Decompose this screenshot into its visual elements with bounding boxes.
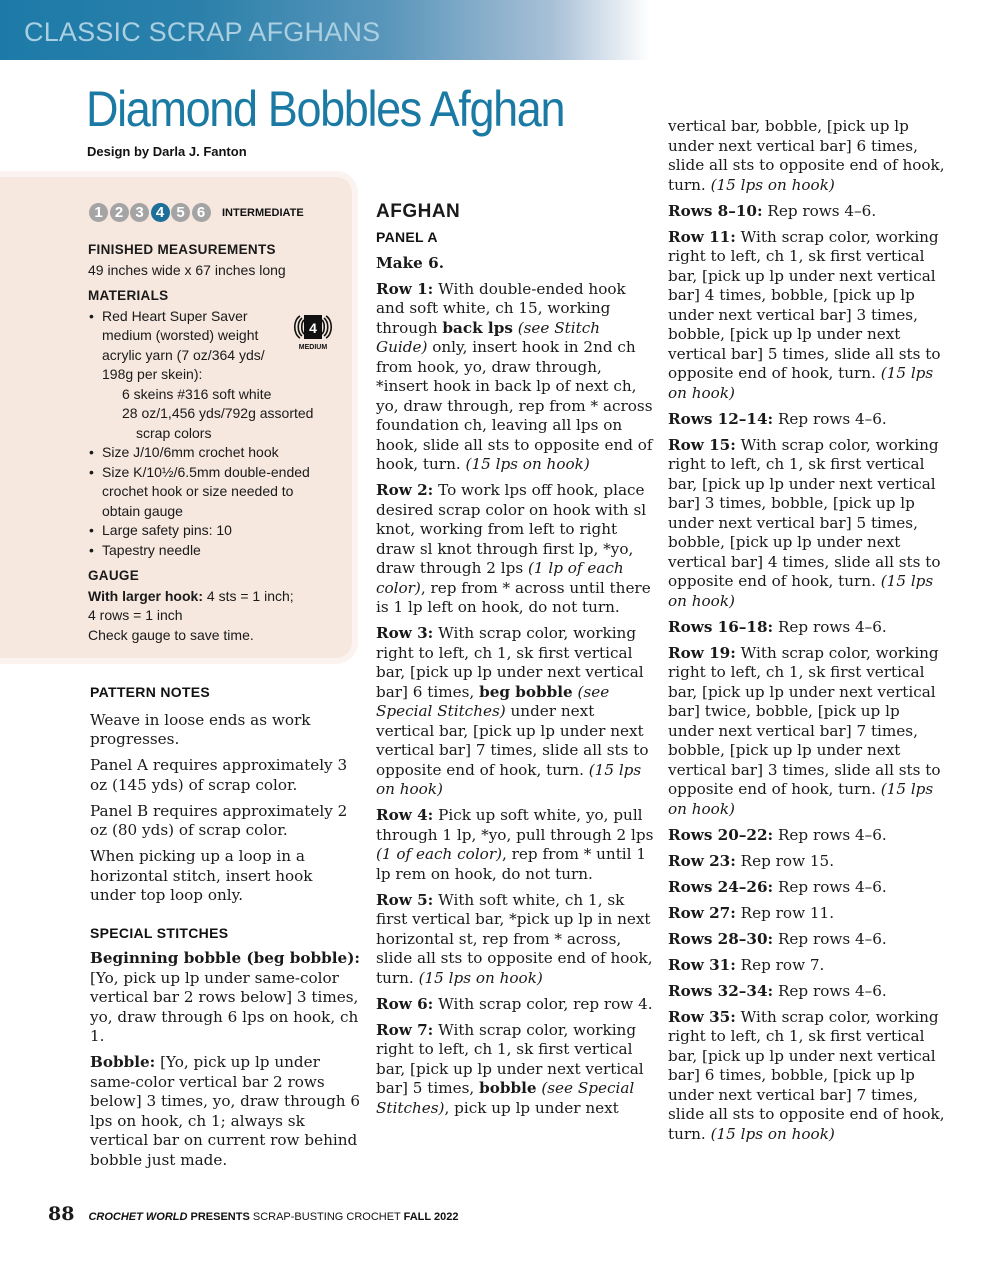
row-note: (15 lps on hook) <box>711 176 835 194</box>
yarn-sub-scrap: 28 oz/1,456 yds/792g assorted <box>88 404 338 424</box>
row-note: (15 lps on hook) <box>711 1125 835 1143</box>
row-label: Rows 12–14: <box>668 410 773 428</box>
row-instruction: Row 27: Rep row 11. <box>668 904 948 924</box>
afghan-heading: AFGHAN <box>376 202 656 222</box>
row-instruction: Row 7: With scrap color, working right t… <box>376 1021 656 1119</box>
row-label: Rows 16–18: <box>668 618 773 636</box>
row-instruction: Row 23: Rep row 15. <box>668 852 948 872</box>
skill-level-4-active: 4 <box>151 203 170 222</box>
skill-level-indicator: 1 2 3 4 5 6 INTERMEDIATE <box>89 203 304 222</box>
row-label: Row 5: <box>376 891 433 909</box>
row-bold: beg bobble <box>479 683 573 701</box>
section-banner-text: CLASSIC SCRAP AFGHANS <box>24 19 380 46</box>
yarn-line: acrylic yarn (7 oz/364 yds/ <box>102 347 265 363</box>
row-instruction: Row 3: With scrap color, working right t… <box>376 624 656 800</box>
issue-season: FALL 2022 <box>404 1211 459 1223</box>
row-instruction-continued: vertical bar, bobble, [pick up lp under … <box>668 117 948 195</box>
row-label: Rows 28–30: <box>668 930 773 948</box>
row-instruction: Row 4: Pick up soft white, yo, pull thro… <box>376 806 656 884</box>
row-text: With scrap color, working right to left,… <box>668 644 941 799</box>
row-text: Rep rows 4–6. <box>773 826 887 844</box>
row-instruction: Rows 8–10: Rep rows 4–6. <box>668 202 948 222</box>
designer-credit: Design by Darla J. Fanton <box>87 144 247 159</box>
row-label: Row 19: <box>668 644 736 662</box>
row-text: With scrap color, rep row 4. <box>433 995 652 1013</box>
page-title: Diamond Bobbles Afghan <box>86 84 564 134</box>
materials-item-hook: Size J/10/6mm crochet hook <box>88 443 338 463</box>
skill-level-3: 3 <box>130 203 149 222</box>
row-text: Rep rows 4–6. <box>773 930 887 948</box>
finished-measurements-text: 49 inches wide x 67 inches long <box>88 261 338 281</box>
column-3: vertical bar, bobble, [pick up lp under … <box>668 117 948 1151</box>
row-text: Rep rows 4–6. <box>763 202 877 220</box>
row-text: With scrap color, working right to left,… <box>668 1008 945 1143</box>
row-text: only, insert hook in 2nd ch from hook, y… <box>376 338 653 473</box>
row-instruction: Row 15: With scrap color, working right … <box>668 436 948 612</box>
row-text: With scrap color, working right to left,… <box>668 436 941 591</box>
row-bold: bobble <box>479 1079 536 1097</box>
row-instruction: Rows 32–34: Rep rows 4–6. <box>668 982 948 1002</box>
row-label: Row 31: <box>668 956 736 974</box>
publication-credit: CROCHET WORLD PRESENTS SCRAP-BUSTING CRO… <box>88 1211 458 1223</box>
row-instruction: Row 11: With scrap color, working right … <box>668 228 948 404</box>
row-instruction: Row 6: With scrap color, rep row 4. <box>376 995 656 1015</box>
hook-line: crochet hook or size needed to <box>102 483 293 499</box>
make-count: Make 6. <box>376 254 656 274</box>
finished-measurements-heading: FINISHED MEASUREMENTS <box>88 240 338 260</box>
yarn-line: Red Heart Super Saver <box>102 308 248 324</box>
page-number: 88 <box>48 1203 74 1225</box>
materials-item-pins: Large safety pins: 10 <box>88 521 338 541</box>
row-instruction: Row 19: With scrap color, working right … <box>668 644 948 820</box>
yarn-line: medium (worsted) weight <box>102 327 258 343</box>
pattern-note: Panel A requires approximately 3 oz (145… <box>90 756 362 795</box>
row-label: Rows 24–26: <box>668 878 773 896</box>
row-text: Rep rows 4–6. <box>773 618 887 636</box>
row-instruction: Rows 20–22: Rep rows 4–6. <box>668 826 948 846</box>
pattern-note: Panel B requires approximately 2 oz (80 … <box>90 802 362 841</box>
publication-presents: PRESENTS <box>187 1211 252 1223</box>
pattern-notes-heading: PATTERN NOTES <box>90 683 362 703</box>
row-label: Row 1: <box>376 280 433 298</box>
hook-line: Size K/10½/6.5mm double-ended <box>102 464 310 480</box>
gauge-lead: With larger hook: <box>88 588 203 604</box>
row-label: Row 3: <box>376 624 433 642</box>
gauge-line-3: Check gauge to save time. <box>88 626 338 646</box>
row-text: With scrap color, working right to left,… <box>668 228 941 383</box>
gauge-line-2: 4 rows = 1 inch <box>88 606 338 626</box>
row-text: Rep row 15. <box>736 852 834 870</box>
skill-level-1: 1 <box>89 203 108 222</box>
row-instruction: Rows 16–18: Rep rows 4–6. <box>668 618 948 638</box>
row-italic: (1 of each color) <box>376 845 502 863</box>
yarn-weight-medium-icon: 4 MEDIUM <box>292 310 334 352</box>
info-box-content: FINISHED MEASUREMENTS 49 inches wide x 6… <box>88 240 338 645</box>
yarn-weight-label: MEDIUM <box>299 344 328 351</box>
row-text: Rep rows 4–6. <box>773 982 887 1000</box>
pattern-note: Weave in loose ends as work progresses. <box>90 711 362 750</box>
column-1: PATTERN NOTES Weave in loose ends as wor… <box>90 683 362 1177</box>
row-label: Row 4: <box>376 806 433 824</box>
row-text: Rep rows 4–6. <box>773 410 887 428</box>
skill-level-5: 5 <box>171 203 190 222</box>
column-2: AFGHAN PANEL A Make 6. Row 1: With doubl… <box>376 202 656 1125</box>
row-instruction: Rows 28–30: Rep rows 4–6. <box>668 930 948 950</box>
row-instruction: Row 2: To work lps off hook, place desir… <box>376 481 656 618</box>
special-stitch: Beginning bobble (beg bobble): [Yo, pick… <box>90 949 362 1047</box>
materials-item-double-hook: Size K/10½/6.5mm double-ended crochet ho… <box>88 463 338 522</box>
materials-item-needle: Tapestry needle <box>88 541 338 561</box>
row-label: Row 35: <box>668 1008 736 1026</box>
row-label: Rows 20–22: <box>668 826 773 844</box>
yarn-sub-soft-white: 6 skeins #316 soft white <box>88 385 338 405</box>
row-instruction: Row 35: With scrap color, working right … <box>668 1008 948 1145</box>
page-footer: 88 CROCHET WORLD PRESENTS SCRAP-BUSTING … <box>48 1203 458 1225</box>
row-text: Rep row 7. <box>736 956 825 974</box>
yarn-line: 198g per skein): <box>102 366 202 382</box>
row-label: Row 7: <box>376 1021 433 1039</box>
row-instruction: Rows 12–14: Rep rows 4–6. <box>668 410 948 430</box>
gauge-stitches: 4 sts = 1 inch; <box>203 588 294 604</box>
row-instruction: Row 1: With double-ended hook and soft w… <box>376 280 656 475</box>
row-instruction: Rows 24–26: Rep rows 4–6. <box>668 878 948 898</box>
row-text: , pick up lp under next <box>444 1099 618 1117</box>
row-text: Rep rows 4–6. <box>773 878 887 896</box>
special-stitches-heading: SPECIAL STITCHES <box>90 924 362 944</box>
issue-title: SCRAP-BUSTING CROCHET <box>253 1211 404 1223</box>
row-text: Rep row 11. <box>736 904 834 922</box>
row-instruction: Row 31: Rep row 7. <box>668 956 948 976</box>
special-stitch: Bobble: [Yo, pick up lp under same-color… <box>90 1053 362 1170</box>
pattern-note: When picking up a loop in a horizontal s… <box>90 847 362 906</box>
skill-level-label: INTERMEDIATE <box>222 207 304 219</box>
row-label: Rows 32–34: <box>668 982 773 1000</box>
stitch-name: Bobble: <box>90 1053 155 1071</box>
yarn-sub-scrap-cont: scrap colors <box>88 424 338 444</box>
row-label: Row 6: <box>376 995 433 1013</box>
row-note: (15 lps on hook) <box>466 455 590 473</box>
row-label: Row 23: <box>668 852 736 870</box>
row-label: Row 2: <box>376 481 433 499</box>
skill-level-2: 2 <box>110 203 129 222</box>
row-label: Rows 8–10: <box>668 202 763 220</box>
row-label: Row 27: <box>668 904 736 922</box>
gauge-heading: GAUGE <box>88 566 338 586</box>
publication-name: CROCHET WORLD <box>88 1211 187 1223</box>
row-bold: back lps <box>442 319 512 337</box>
stitch-name: Beginning bobble (beg bobble): <box>90 949 360 967</box>
row-label: Row 11: <box>668 228 736 246</box>
row-instruction: Row 5: With soft white, ch 1, sk first v… <box>376 891 656 989</box>
hook-line: obtain gauge <box>102 503 183 519</box>
make-count-text: Make 6. <box>376 254 444 272</box>
stitch-text: [Yo, pick up lp under same-color vertica… <box>90 969 358 1046</box>
panel-a-heading: PANEL A <box>376 228 656 248</box>
row-note: (15 lps on hook) <box>419 969 543 987</box>
gauge-line-1: With larger hook: 4 sts = 1 inch; <box>88 587 338 607</box>
materials-heading: MATERIALS <box>88 286 338 306</box>
row-label: Row 15: <box>668 436 736 454</box>
skill-level-6: 6 <box>192 203 211 222</box>
section-banner: CLASSIC SCRAP AFGHANS <box>0 0 650 60</box>
yarn-weight-number: 4 <box>309 320 317 336</box>
